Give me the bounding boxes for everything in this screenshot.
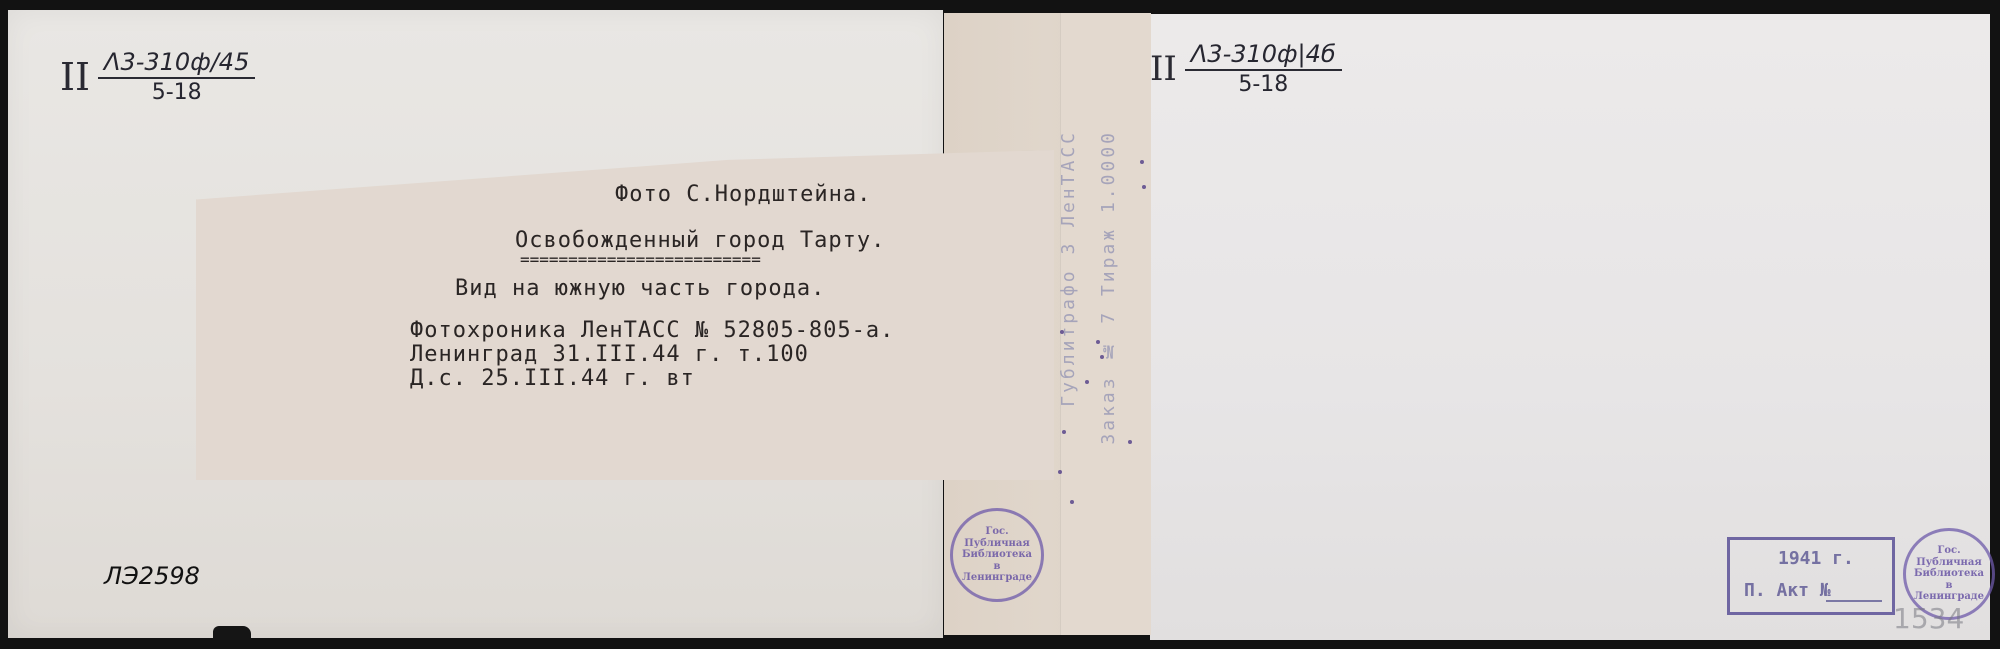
ink-speck (1100, 355, 1104, 359)
right-shelfmark: II Λ3-310ф|4б 5-18 (1150, 40, 1342, 97)
shelfmark-top: Λ3-310ф|4б (1185, 40, 1342, 71)
library-round-stamp-middle: Гос. Публичная Библиотека в Ленинграде (950, 508, 1044, 602)
shelfmark-fraction: Λ3-310ф|4б 5-18 (1185, 40, 1342, 97)
shelfmark-bottom: 5-18 (152, 79, 202, 105)
shelfmark-roman: II (1150, 52, 1177, 86)
stamp-line: в (994, 561, 1001, 573)
caption-line-city-date: Ленинград 31.III.44 г. т.100 (410, 342, 809, 367)
caption-line-photographer: Фото С.Нордштейна. (615, 182, 871, 207)
stamp-line: Публичная (964, 538, 1030, 550)
caption-line-agency: Фотохроника ЛенТАСС № 52805-805-а. (410, 318, 894, 343)
document-scan: II Λ3-310ф/45 5-18 II Λ3-310ф|4б 5-18 За… (0, 0, 2000, 649)
stamp-line: Публичная (1916, 557, 1982, 569)
stamp-line: Библиотека (962, 549, 1032, 561)
ink-speck (1058, 470, 1062, 474)
inventory-number: ЛЭ2598 (104, 562, 200, 590)
ink-speck (1085, 380, 1089, 384)
vertical-print-stamp-line-2: Гублитрафо 3 ЛенТАСС (1058, 130, 1079, 407)
caption-line-underline: ========================= (520, 250, 761, 269)
shelfmark-bottom: 5-18 (1238, 71, 1288, 97)
ink-speck (1062, 430, 1066, 434)
vertical-print-stamp-line-1: Заказ № 7 Тираж 1.0000 (1098, 130, 1119, 445)
rect-stamp-year: 1941 г. (1778, 548, 1854, 569)
stamp-line: Ленинграде (962, 572, 1032, 584)
stamp-line: Библиотека (1914, 568, 1984, 580)
shelfmark-top: Λ3-310ф/45 (98, 48, 255, 79)
rect-stamp-act: П. Акт № (1744, 580, 1831, 601)
ink-speck (1096, 340, 1100, 344)
ink-speck (1128, 440, 1132, 444)
ink-speck (1070, 500, 1074, 504)
left-shelfmark: II Λ3-310ф/45 5-18 (60, 48, 255, 105)
stamp-line: Гос. (1937, 545, 1960, 557)
caption-line-description: Вид на южную часть города. (455, 276, 825, 301)
stamp-line: в (1946, 580, 1953, 592)
shelfmark-fraction: Λ3-310ф/45 5-18 (98, 48, 255, 105)
ink-speck (1142, 185, 1146, 189)
stamp-line: Гос. (985, 526, 1008, 538)
pencil-note: 1534 (1893, 602, 1964, 635)
ink-speck (1140, 160, 1144, 164)
caption-line-release: Д.с. 25.III.44 г. вт (410, 366, 695, 391)
acquisition-rect-stamp: 1941 г. П. Акт № (1727, 537, 1895, 615)
rect-stamp-blank-line (1826, 600, 1882, 602)
ink-speck (1060, 330, 1064, 334)
torn-edge-notch (213, 626, 251, 640)
shelfmark-roman: II (60, 58, 90, 96)
